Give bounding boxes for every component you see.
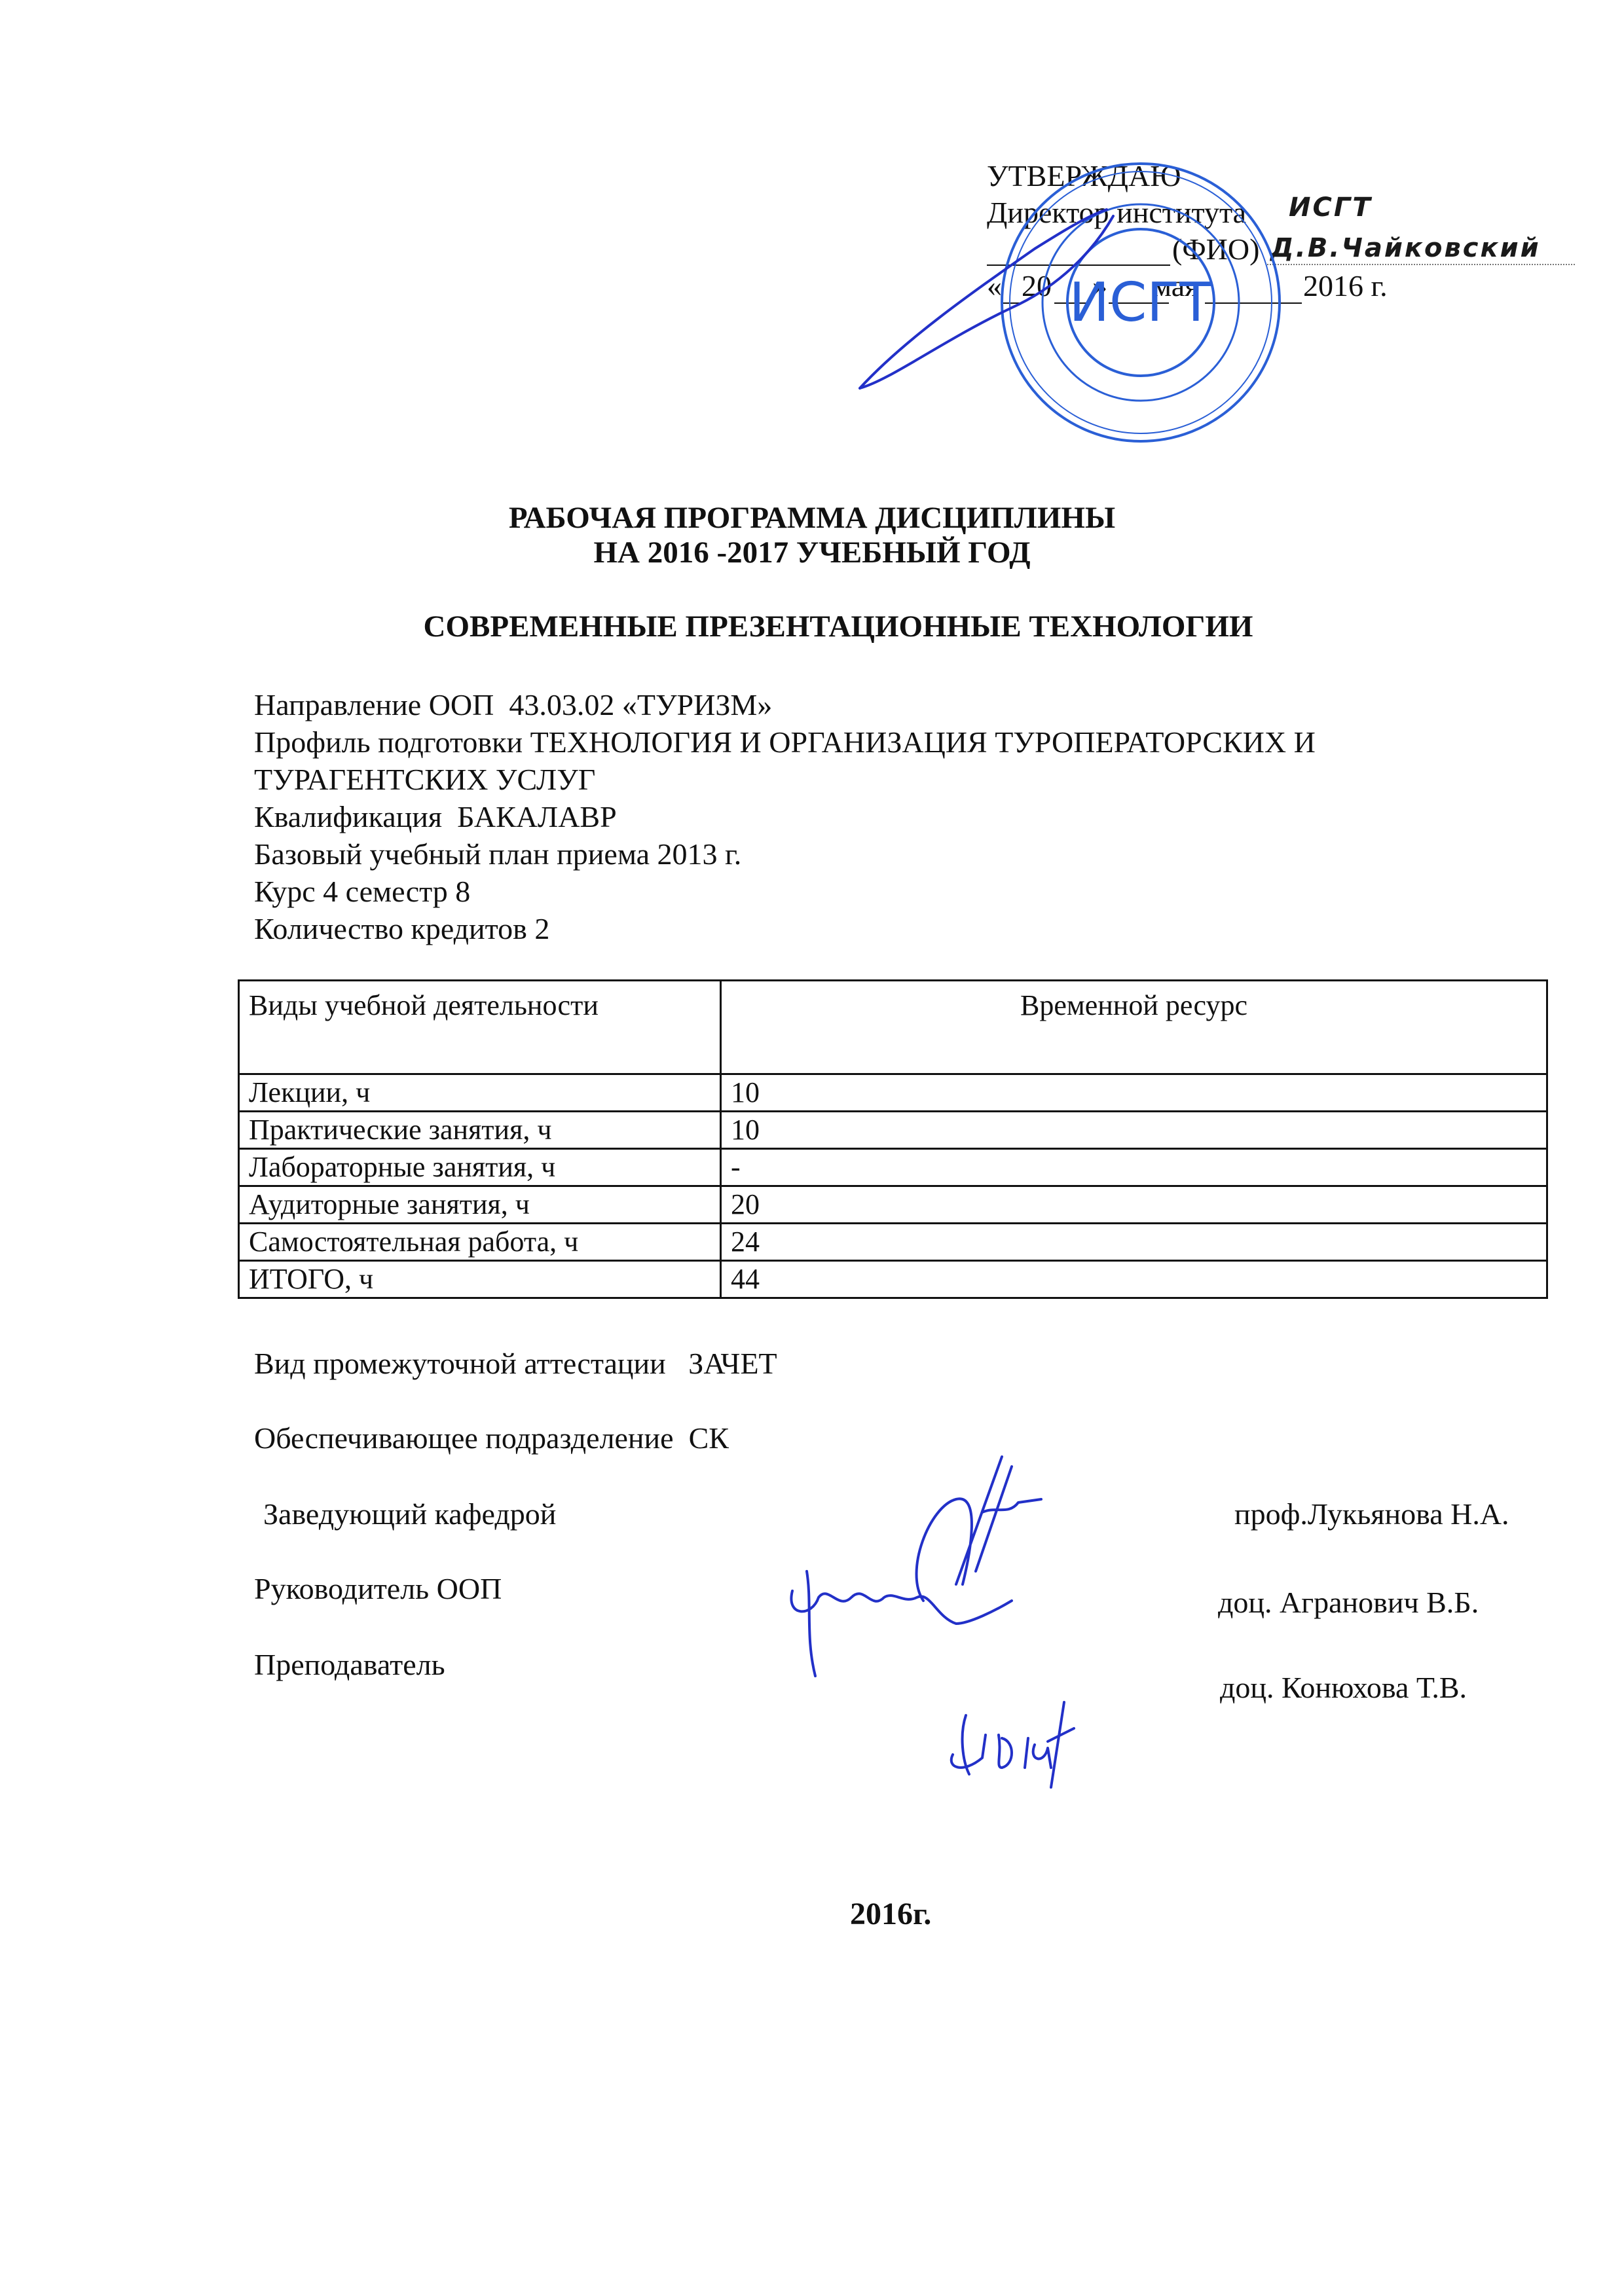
teacher-signature: [951, 1702, 1074, 1787]
row-activity: Практические занятия, ч: [239, 1112, 721, 1149]
director-label: Директор института: [987, 198, 1246, 228]
name-teacher: доц. Конюхова Т.В.: [1220, 1673, 1467, 1703]
footer-year: 2016г.: [850, 1899, 931, 1929]
date-month-line-right: [1205, 302, 1302, 304]
department-line: Обеспечивающее подразделение СК: [254, 1423, 729, 1453]
attestation-line: Вид промежуточной аттестации ЗАЧЕТ: [254, 1349, 777, 1379]
table-header-row: Виды учебной деятельности Временной ресу…: [239, 981, 1547, 1074]
discipline-title: СОВРЕМЕННЫЕ ПРЕЗЕНТАЦИОННЫЕ ТЕХНОЛОГИИ: [26, 611, 1624, 642]
row-activity: Лабораторные занятия, ч: [239, 1149, 721, 1186]
institute-handwritten: ИСГТ: [1289, 192, 1373, 223]
row-activity: ИТОГО, ч: [239, 1261, 721, 1298]
date-day-line-right: [1054, 302, 1090, 304]
base-plan-line: Базовый учебный план приема 2013 г.: [254, 839, 741, 869]
row-hours: 10: [721, 1074, 1547, 1112]
credits-line: Количество кредитов 2: [254, 914, 549, 944]
role-head-of-department: Заведующий кафедрой: [263, 1499, 556, 1529]
fio-signature-line: [987, 264, 1170, 266]
name-head-of-department: проф.Лукьянова Н.А.: [1234, 1499, 1509, 1529]
row-hours: 44: [721, 1261, 1547, 1298]
fio-handwritten: Д.В.Чайковский: [1270, 233, 1541, 263]
time-resource-table: Виды учебной деятельности Временной ресу…: [238, 979, 1548, 1299]
profile-line-1: Профиль подготовки ТЕХНОЛОГИЯ И ОРГАНИЗА…: [254, 727, 1316, 757]
header-time-resource: Временной ресурс: [721, 981, 1547, 1074]
date-month: мая: [1153, 271, 1198, 301]
table-row: ИТОГО, ч 44: [239, 1261, 1547, 1298]
date-day-line-left: [1003, 302, 1020, 304]
table-row: Лекции, ч 10: [239, 1074, 1547, 1112]
document-title-line2: НА 2016 -2017 УЧЕБНЫЙ ГОД: [0, 538, 1624, 568]
role-program-head: Руководитель ООП: [254, 1574, 502, 1604]
date-open-quote: «: [987, 271, 1002, 301]
table-row: Аудиторные занятия, ч 20: [239, 1186, 1547, 1224]
fio-label: (ФИО): [1172, 234, 1259, 264]
name-program-head: доц. Агранович В.Б.: [1218, 1588, 1479, 1618]
course-line: Курс 4 семестр 8: [254, 877, 470, 907]
row-hours: 24: [721, 1224, 1547, 1261]
row-hours: 20: [721, 1186, 1547, 1224]
head-signature: [917, 1457, 1041, 1601]
table-row: Самостоятельная работа, ч 24: [239, 1224, 1547, 1261]
document-title-line1: РАБОЧАЯ ПРОГРАММА ДИСЦИПЛИНЫ: [0, 503, 1624, 534]
date-day: 20: [1022, 271, 1052, 301]
profile-line-2: ТУРАГЕНТСКИХ УСЛУГ: [254, 765, 595, 795]
table-row: Лабораторные занятия, ч -: [239, 1149, 1547, 1186]
program-head-signature: [791, 1571, 1012, 1676]
role-teacher: Преподаватель: [254, 1650, 445, 1680]
header-activity-type: Виды учебной деятельности: [239, 981, 721, 1074]
fio-dotted-line: [1267, 264, 1575, 265]
qualification-line: Квалификация БАКАЛАВР: [254, 802, 617, 832]
date-month-line-left: [1109, 302, 1169, 304]
date-close-quote: »: [1092, 271, 1107, 301]
approve-label: УТВЕРЖДАЮ: [987, 161, 1181, 191]
row-activity: Аудиторные занятия, ч: [239, 1186, 721, 1224]
row-activity: Самостоятельная работа, ч: [239, 1224, 721, 1261]
direction-line: Направление ООП 43.03.02 «ТУРИЗМ»: [254, 690, 772, 720]
table-row: Практические занятия, ч 10: [239, 1112, 1547, 1149]
date-year: 2016 г.: [1303, 271, 1388, 301]
row-activity: Лекции, ч: [239, 1074, 721, 1112]
row-hours: -: [721, 1149, 1547, 1186]
row-hours: 10: [721, 1112, 1547, 1149]
